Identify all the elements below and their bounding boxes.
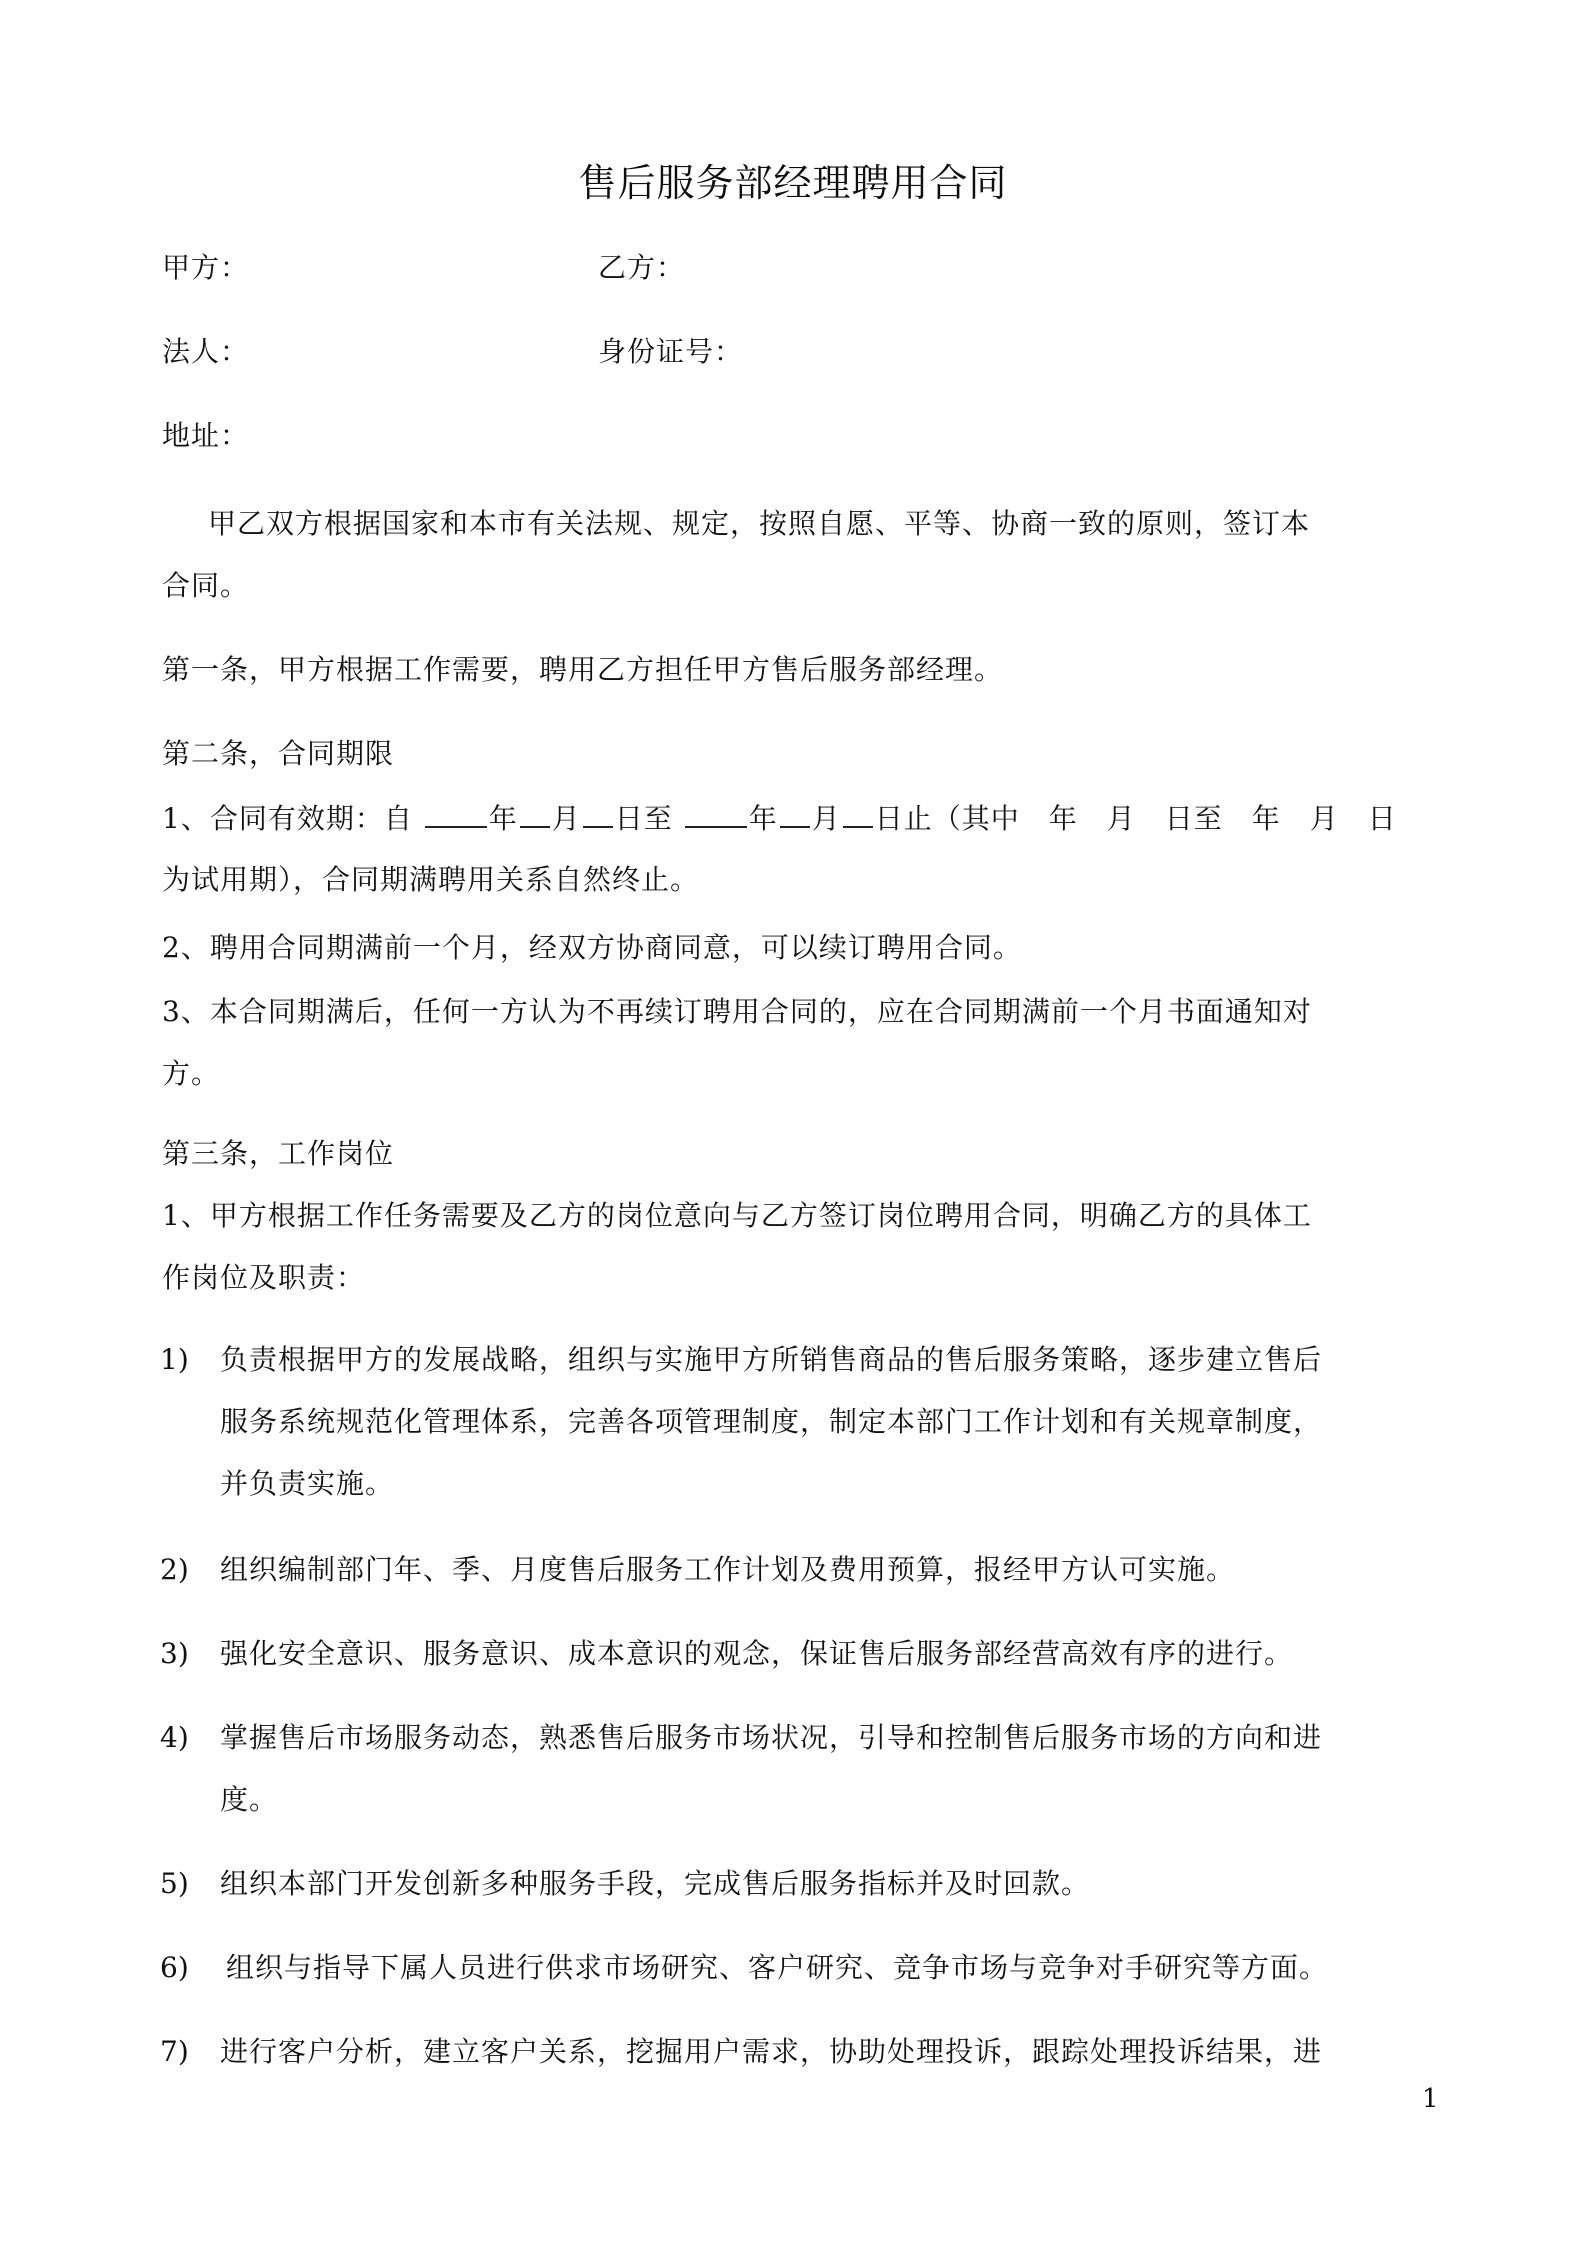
preamble-line-2: 合同。 [162,568,249,604]
article-2-clause-2: 2、聘用合同期满前一个月，经双方协商同意，可以续订聘用合同。 [162,930,1022,966]
start-day-blank[interactable] [583,800,613,828]
duty-number: 7) [160,2034,189,2070]
duty-1-line-1: 负责根据甲方的发展战略，组织与实施甲方所销售商品的售后服务策略，逐步建立售后 [220,1342,1322,1378]
address-label: 地址： [162,418,249,454]
party-a-label: 甲方： [162,250,249,286]
duty-1-line-2: 服务系统规范化管理体系，完善各项管理制度，制定本部门工作计划和有关规章制度， [220,1404,1322,1440]
year-label: 年 [489,802,518,835]
article-2-heading: 第二条，合同期限 [162,736,394,772]
duty-2-line-1: 组织编制部门年、季、月度售后服务工作计划及费用预算，报经甲方认可实施。 [220,1552,1235,1588]
article-2-clause-1-line-2: 为试用期），合同期满聘用关系自然终止。 [162,862,699,898]
article-1: 第一条，甲方根据工作需要，聘用乙方担任甲方售后服务部经理。 [162,652,1003,688]
duty-number: 4) [160,1720,189,1756]
start-year-blank[interactable] [425,800,487,828]
month-label: 月 [552,802,581,835]
party-b-label: 乙方： [598,250,685,286]
duty-number: 1) [160,1342,189,1378]
duty-number: 6) [160,1950,189,1986]
article-3-clause-1-line-1: 1、甲方根据工作任务需要及乙方的岗位意向与乙方签订岗位聘用合同，明确乙方的具体工 [162,1198,1312,1234]
duty-5-line-1: 组织本部门开发创新多种服务手段，完成售后服务指标并及时回款。 [220,1866,1090,1902]
day-end-label: 日止（其中 年 月 日至 年 月 日 [875,802,1397,835]
duty-1-line-3: 并负责实施。 [220,1466,394,1502]
document-title: 售后服务部经理聘用合同 [0,152,1586,207]
duty-4-line-2: 度。 [220,1782,278,1818]
duty-6-line-1: 组织与指导下属人员进行供求市场研究、客户研究、竞争市场与竞争对手研究等方面。 [226,1950,1328,1986]
preamble-line-1: 甲乙双方根据国家和本市有关法规、规定，按照自愿、平等、协商一致的原则，签订本 [208,506,1310,542]
duty-number: 3) [160,1636,189,1672]
end-day-blank[interactable] [843,800,873,828]
duty-number: 5) [160,1866,189,1902]
duty-3-line-1: 强化安全意识、服务意识、成本意识的观念，保证售后服务部经营高效有序的进行。 [220,1636,1293,1672]
end-year-blank[interactable] [685,800,747,828]
article-2-clause-3-line-1: 3、本合同期满后，任何一方认为不再续订聘用合同的，应在合同期满前一个月书面通知对 [162,994,1312,1030]
year-label: 年 [749,802,778,835]
duty-7-line-1: 进行客户分析，建立客户关系，挖掘用户需求，协助处理投诉，跟踪处理投诉结果，进 [220,2034,1322,2070]
page-number: 1 [1422,2084,1439,2114]
duty-number: 2) [160,1552,189,1588]
day-to-label: 日至 [615,802,673,835]
start-month-blank[interactable] [520,800,550,828]
article-3-heading: 第三条，工作岗位 [162,1136,394,1172]
article-3-clause-1-line-2: 作岗位及职责： [162,1260,365,1296]
article-2-clause-1: 1、合同有效期：自 年月日至 年月日止（其中 年 月 日至 年 月 日 [162,800,1397,837]
month-label: 月 [812,802,841,835]
id-number-label: 身份证号： [598,334,743,370]
document-page: 售后服务部经理聘用合同 甲方： 乙方： 法人： 身份证号： 地址： 甲乙双方根据… [0,0,1586,2244]
article-2-clause-3-line-2: 方。 [162,1056,220,1092]
legal-person-label: 法人： [162,334,249,370]
clause-1-prefix: 1、合同有效期：自 [162,802,413,835]
duty-4-line-1: 掌握售后市场服务动态，熟悉售后服务市场状况，引导和控制售后服务市场的方向和进 [220,1720,1322,1756]
end-month-blank[interactable] [780,800,810,828]
